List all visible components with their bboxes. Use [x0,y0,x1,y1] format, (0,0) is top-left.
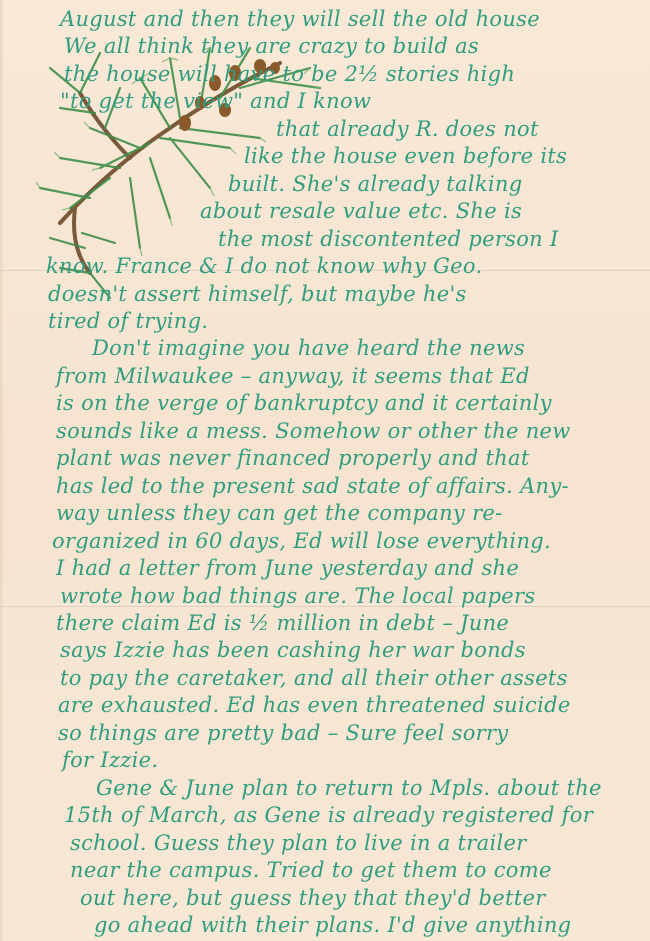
letter-line: tired of trying. [48,308,208,334]
letter-line: doesn't assert himself, but maybe he's [48,281,467,307]
letter-line: Don't imagine you have heard the news [92,335,525,361]
letter-line: built. She's already talking [228,171,522,197]
letter-line: wrote how bad things are. The local pape… [60,583,535,609]
letter-line: the most discontented person I [218,226,559,252]
letter-page: August and then they will sell the old h… [0,0,650,941]
letter-line: school. Guess they plan to live in a tra… [70,830,527,856]
letter-line: "to get the view" and I know [60,88,371,114]
letter-line: near the campus. Tried to get them to co… [70,857,552,883]
letter-line: We all think they are crazy to build as [64,33,479,59]
paper-edge [0,0,4,941]
letter-line: are exhausted. Ed has even threatened su… [58,692,571,718]
letter-line: from Milwaukee – anyway, it seems that E… [56,363,530,389]
letter-line: so things are pretty bad – Sure feel sor… [58,720,508,746]
letter-line: says Izzie has been cashing her war bond… [60,637,526,663]
letter-line: organized in 60 days, Ed will lose every… [52,528,551,554]
letter-line: go ahead with their plans. I'd give anyt… [94,912,571,938]
letter-line: sounds like a mess. Somehow or other the… [56,418,571,444]
letter-line: 15th of March, as Gene is already regist… [64,802,593,828]
letter-line: I had a letter from June yesterday and s… [56,555,519,581]
letter-line: is on the verge of bankruptcy and it cer… [56,390,552,416]
letter-line: way unless they can get the company re- [56,500,503,526]
letter-line: has led to the present sad state of affa… [56,473,569,499]
letter-line: August and then they will sell the old h… [60,6,540,32]
letter-line: there claim Ed is ½ million in debt – Ju… [56,610,509,636]
letter-line: about resale value etc. She is [200,198,522,224]
letter-line: for Izzie. [62,747,158,773]
letter-line: that already R. does not [276,116,539,142]
letter-line: the house will have to be 2½ stories hig… [64,61,515,87]
letter-line: like the house even before its [244,143,567,169]
letter-line: Gene & June plan to return to Mpls. abou… [96,775,602,801]
letter-line: out here, but guess they that they'd bet… [80,885,546,911]
letter-line: plant was never financed properly and th… [56,445,530,471]
letter-line: know. France & I do not know why Geo. [46,253,482,279]
letter-line: to pay the caretaker, and all their othe… [60,665,568,691]
